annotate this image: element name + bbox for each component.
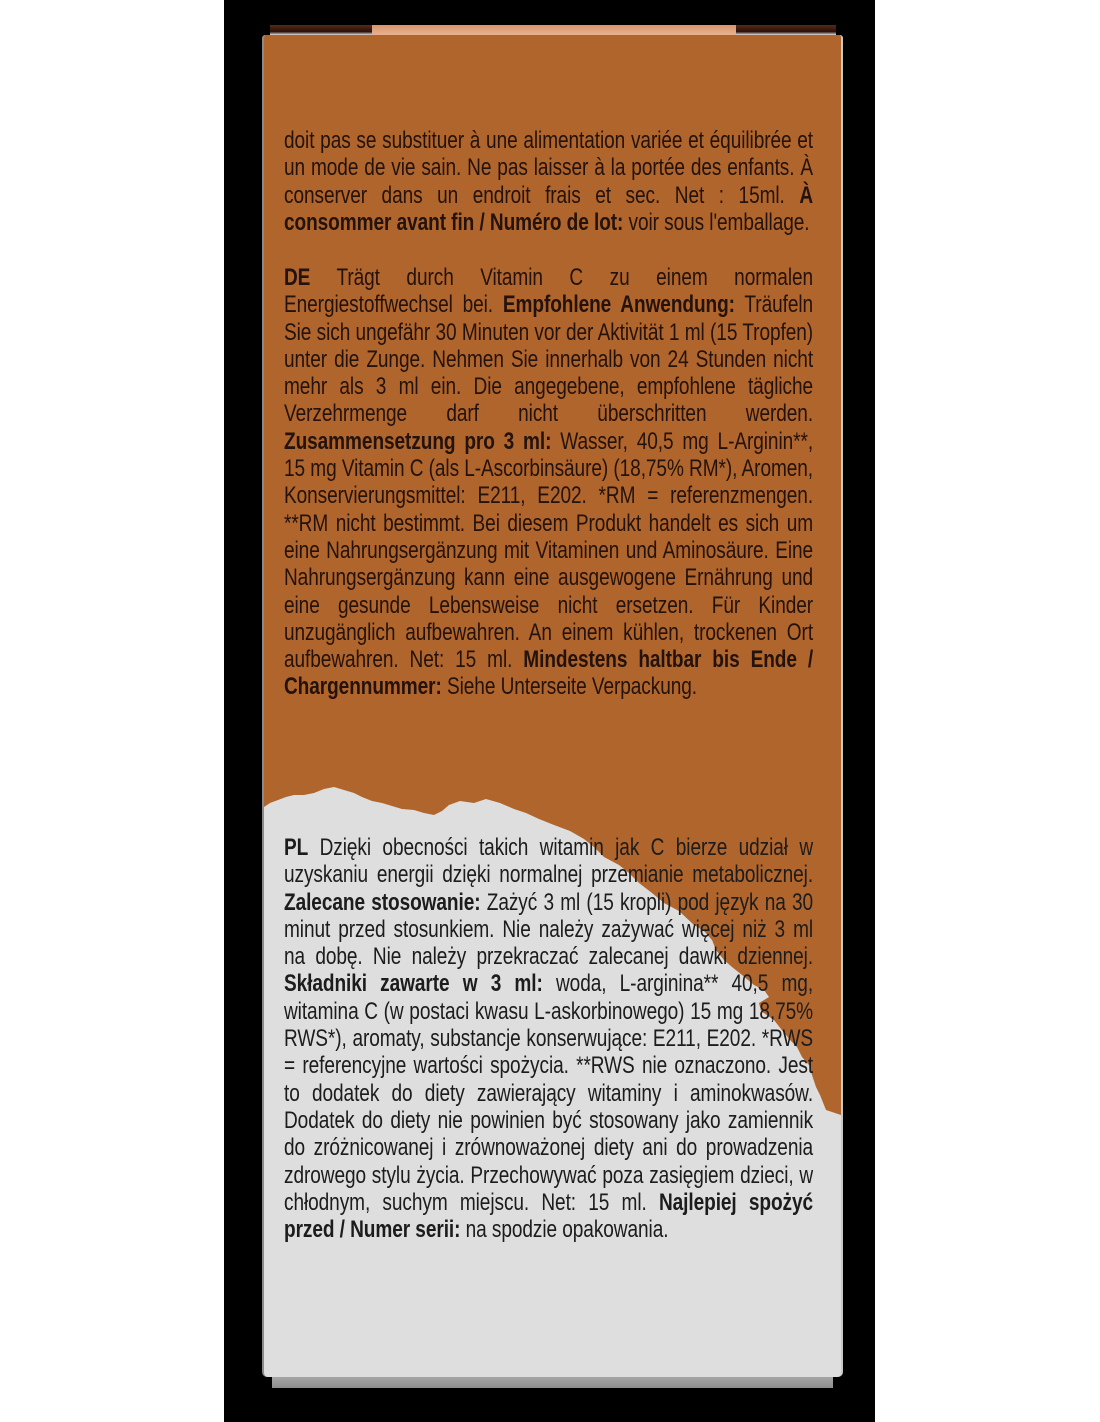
german-usage-label: Empfohlene Anwendung: [503, 291, 735, 318]
polish-body-text-4: na spodzie opakowania. [460, 1216, 668, 1243]
french-body-text-1: doit pas se substituer à une alimentatio… [284, 127, 813, 209]
french-text-block: doit pas se substituer à une alimentatio… [284, 127, 813, 236]
box-bottom-lip [272, 1377, 833, 1388]
box-top-flap-highlight [372, 25, 736, 35]
polish-body-text-1: Dzięki obecności takich witamin jak C bi… [284, 834, 813, 888]
german-body-text-4: Siehe Unterseite Verpackung. [442, 673, 697, 700]
french-body-text-2: voir sous l'emballage. [623, 209, 809, 236]
german-text-block: DE Trägt durch Vitamin C zu einem normal… [284, 264, 813, 701]
product-box-side-panel: doit pas se substituer à une alimentatio… [262, 35, 843, 1377]
polish-text-block: PL Dzięki obecności takich witamin jak C… [284, 834, 813, 1243]
german-composition-label: Zusammensetzung pro 3 ml: [284, 428, 551, 455]
german-language-code: DE [284, 264, 310, 291]
polish-usage-label: Zalecane stosowanie: [284, 889, 481, 916]
polish-body-text-3: woda, L-arginina** 40,5 mg, witamina C (… [284, 970, 813, 1215]
german-body-text-3: Wasser, 40,5 mg L-Arginin**, 15 mg Vitam… [284, 428, 813, 673]
polish-ingredients-label: Składniki zawarte w 3 ml: [284, 970, 543, 997]
polish-language-code: PL [284, 834, 308, 861]
